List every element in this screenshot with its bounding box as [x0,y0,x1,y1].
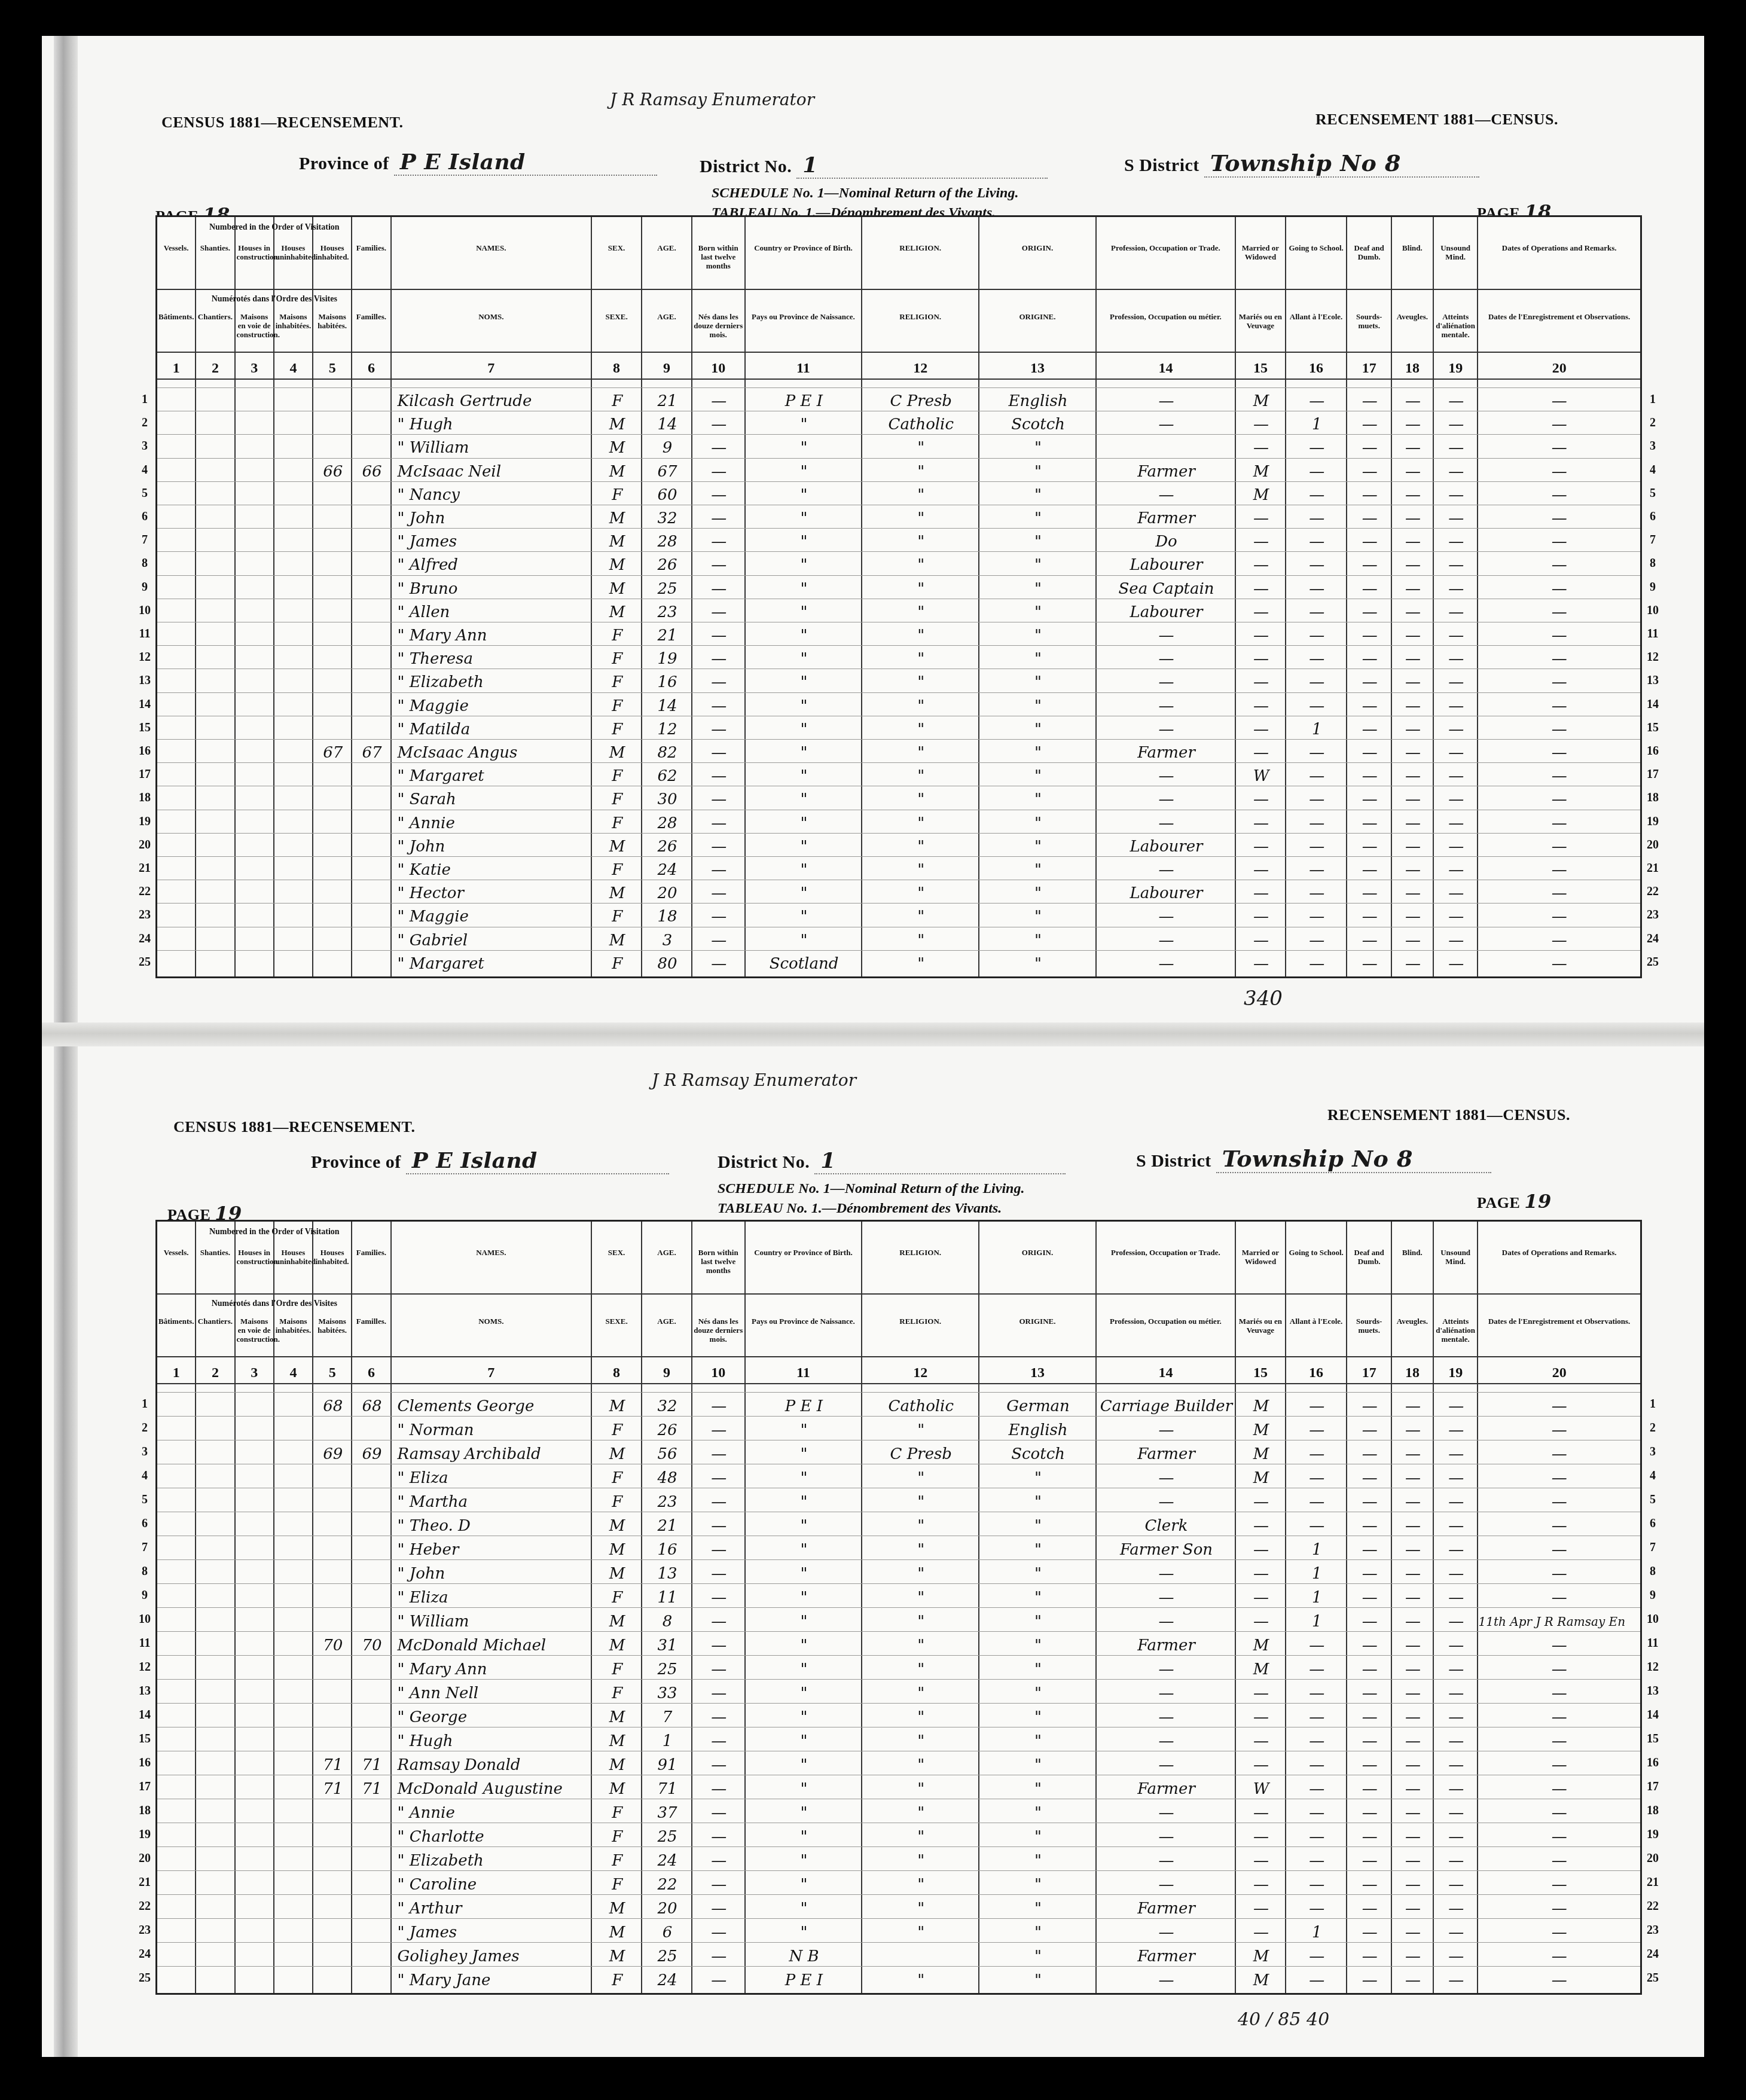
cell-birthplace: " [746,693,863,716]
cell-deaf-dumb: — [1348,622,1393,646]
cell-unsound-mind: — [1434,1847,1479,1871]
cell-age: 21 [642,1512,692,1536]
cell-blind: — [1392,669,1434,692]
cell-school: — [1286,834,1348,857]
cell-age: 28 [642,810,692,834]
subdistrict-field: S District Township No 8 [1124,149,1479,178]
header-rule [157,379,1640,380]
cell-name: " James [392,1919,599,1943]
cell-origin: Scotch [979,411,1097,435]
cell-blind: — [1392,1967,1434,1991]
cell-origin: English [979,1417,1097,1440]
cell-deaf-dumb: — [1348,1871,1393,1895]
cell-born-last-year: — [692,1847,746,1871]
cell-occupation: — [1097,1680,1236,1704]
cell-remarks: — [1479,1751,1640,1775]
cell-houses-inhabited [313,880,352,904]
cell-married: M [1236,459,1286,482]
cell-houses-inhabited [313,1680,352,1704]
cell-deaf-dumb: — [1348,927,1393,951]
header-en: Profession, Occupation or Trade. [1098,1249,1234,1257]
cell-religion: " [862,1751,979,1775]
cell-birthplace: " [746,1823,863,1847]
row-number-left: 23 [136,1924,154,1937]
cell-school: — [1286,1512,1348,1536]
row-number-left: 20 [136,1852,154,1866]
cell-religion: " [862,599,979,622]
cell-married: — [1236,857,1286,880]
column-number: 17 [1347,361,1391,377]
row-number-left: 7 [136,1541,154,1555]
header-en: Shanties. [197,1249,233,1257]
header-en: NAMES. [393,244,590,253]
cell-blind: — [1392,740,1434,763]
row-number-left: 14 [136,698,154,712]
cell-unsound-mind: — [1434,1417,1479,1440]
cell-born-last-year: — [692,1680,746,1704]
cell-deaf-dumb: — [1348,693,1393,716]
cell-name: " Sarah [392,786,599,810]
column-number: 9 [642,361,691,377]
cell-married: — [1236,1608,1286,1632]
cell-families [352,1417,391,1440]
row-number-left: 18 [136,791,154,805]
cell-blind: — [1392,693,1434,716]
cell-age: 16 [642,1536,692,1560]
cell-married: — [1236,927,1286,951]
cell-sex: M [592,459,642,482]
cell-school: — [1286,880,1348,904]
cell-birthplace: " [746,505,863,529]
column-number: 19 [1434,1365,1478,1381]
cell-married: — [1236,1536,1286,1560]
cell-unsound-mind: — [1434,1943,1479,1967]
title-right: RECENSEMENT 1881—CENSUS. [1327,1106,1570,1124]
cell-born-last-year: — [692,1895,746,1919]
cell-school: 1 [1286,1584,1348,1608]
header-fr: Maisons inhabitées. [276,1317,311,1335]
cell-blind: — [1392,435,1434,458]
cell-age: 12 [642,716,692,740]
table-row: 66" JohnM32—"""Farmer—————— [157,505,1640,529]
cell-born-last-year: — [692,1943,746,1967]
cell-age: 25 [642,576,692,599]
column-number: 1 [157,1365,195,1381]
cell-unsound-mind: — [1434,1584,1479,1608]
cell-name: " James [392,529,599,552]
cell-houses-inhabited [313,810,352,834]
header-en: RELIGION. [863,244,977,253]
table-row: 1515" HughM1—"""——————— [157,1727,1640,1751]
row-number-right: 21 [1644,862,1662,875]
column-number: 7 [392,361,591,377]
cell-families: 69 [352,1440,391,1464]
cell-sex: F [592,857,642,880]
table-row: 66" Theo. DM21—"""Clerk—————— [157,1512,1640,1536]
column-number: 20 [1478,361,1640,377]
cell-houses-inhabited [313,1417,352,1440]
cell-religion: " [862,1727,979,1751]
cell-name: " Hector [392,880,599,904]
cell-religion: C Presb [862,1440,979,1464]
subdistrict-value: Township No 8 [1216,1145,1491,1173]
cell-houses-inhabited [313,1727,352,1751]
header-rule [157,1383,1640,1384]
cell-deaf-dumb: — [1348,576,1393,599]
cell-married: — [1236,646,1286,669]
cell-unsound-mind: — [1434,1488,1479,1512]
cell-school: 1 [1286,716,1348,740]
cell-occupation: — [1097,693,1236,716]
cell-age: 1 [642,1727,692,1751]
cell-blind: — [1392,1919,1434,1943]
cell-houses-inhabited: 67 [313,740,352,763]
row-number-right: 2 [1644,416,1662,430]
cell-families [352,857,391,880]
cell-birthplace: " [746,1919,863,1943]
table-row: 44" ElizaF48—"""—M————— [157,1464,1640,1488]
cell-married: — [1236,1704,1286,1727]
cell-unsound-mind: — [1434,810,1479,834]
cell-occupation: — [1097,857,1236,880]
cell-families [352,669,391,692]
cell-sex: M [592,576,642,599]
row-number-left: 21 [136,1876,154,1890]
cell-houses-inhabited: 66 [313,459,352,482]
row-number-left: 5 [136,1493,154,1507]
column-number: 6 [352,1365,390,1381]
cell-school: — [1286,552,1348,575]
cell-school: 1 [1286,1919,1348,1943]
cell-origin: " [979,459,1097,482]
row-number-right: 21 [1644,1876,1662,1890]
cell-married: — [1236,529,1286,552]
cell-families [352,1656,391,1680]
cell-school: — [1286,1464,1348,1488]
cell-religion: " [862,951,979,974]
cell-remarks: — [1479,1847,1640,1871]
district-label: District No. [718,1152,810,1172]
group-header-fr: Numérotés dans l'Ordre des Visites [157,295,392,304]
cell-blind: — [1392,388,1434,411]
cell-birthplace: " [746,1847,863,1871]
cell-origin: " [979,646,1097,669]
cell-married: — [1236,435,1286,458]
cell-deaf-dumb: — [1348,1847,1393,1871]
cell-families [352,1560,391,1584]
row-number-right: 16 [1644,744,1662,758]
province-field: Province of P E Island [299,149,657,176]
cell-sex: F [592,669,642,692]
cell-occupation: Labourer [1097,834,1236,857]
cell-houses-inhabited [313,1871,352,1895]
cell-birthplace: " [746,810,863,834]
cell-sex: F [592,951,642,974]
cell-born-last-year: — [692,1799,746,1823]
cell-school: — [1286,1943,1348,1967]
cell-birthplace: " [746,1440,863,1464]
cell-houses-inhabited [313,1584,352,1608]
cell-name: Kilcash Gertrude [392,388,599,411]
cell-remarks: — [1479,576,1640,599]
cell-blind: — [1392,599,1434,622]
cell-age: 24 [642,1967,692,1991]
cell-birthplace: " [746,1799,863,1823]
cell-houses-inhabited [313,552,352,575]
cell-married: — [1236,1512,1286,1536]
cell-houses-inhabited [313,576,352,599]
cell-origin: " [979,904,1097,927]
table-row: 16166767McIsaac AngusM82—"""Farmer—————— [157,739,1640,763]
cell-birthplace: " [746,1512,863,1536]
cell-houses-inhabited [313,716,352,740]
cell-origin: " [979,810,1097,834]
cell-birthplace: " [746,1751,863,1775]
cell-school: — [1286,599,1348,622]
cell-born-last-year: — [692,1656,746,1680]
header-fr: NOMS. [393,1317,590,1326]
cell-remarks: — [1479,763,1640,786]
cell-born-last-year: — [692,763,746,786]
header-rule [157,352,1640,353]
cell-age: 11 [642,1584,692,1608]
cell-blind: — [1392,1895,1434,1919]
cell-school: — [1286,622,1348,646]
cell-unsound-mind: — [1434,1632,1479,1656]
row-number-right: 9 [1644,581,1662,594]
cell-birthplace: " [746,1488,863,1512]
cell-remarks: — [1479,1823,1640,1847]
header-en: Unsound Mind. [1435,1249,1476,1266]
header-en: RELIGION. [863,1249,977,1257]
header-fr: Atteints d'aliénation mentale. [1435,313,1476,340]
cell-deaf-dumb: — [1348,1775,1393,1799]
cell-name: Clements George [392,1393,599,1417]
header-en: Houses in construction. [237,1249,272,1266]
header-fr: Maisons en voie de construction. [237,313,272,340]
cell-sex: F [592,622,642,646]
cell-families [352,763,391,786]
cell-remarks: — [1479,1871,1640,1895]
cell-houses-inhabited [313,1895,352,1919]
table-row: 116868Clements GeorgeM32—P E ICatholicGe… [157,1392,1640,1417]
cell-deaf-dumb: — [1348,599,1393,622]
cell-houses-inhabited [313,646,352,669]
row-number-right: 12 [1644,1661,1662,1674]
cell-occupation: — [1097,1823,1236,1847]
cell-age: 3 [642,927,692,951]
cell-remarks: — [1479,857,1640,880]
row-number-right: 9 [1644,1589,1662,1603]
cell-school: — [1286,1488,1348,1512]
cell-name: " Katie [392,857,599,880]
row-number-right: 18 [1644,791,1662,805]
cell-birthplace: " [746,1871,863,1895]
cell-age: 13 [642,1560,692,1584]
cell-school: — [1286,1704,1348,1727]
cell-houses-inhabited [313,693,352,716]
cell-sex: M [592,1704,642,1727]
row-number-left: 1 [136,393,154,407]
cell-origin: " [979,1608,1097,1632]
table-row: 2121" KatieF24—"""——————— [157,856,1640,880]
cell-born-last-year: — [692,459,746,482]
row-number-right: 7 [1644,1541,1662,1555]
header-en: AGE. [643,1249,690,1257]
cell-origin: " [979,1560,1097,1584]
column-number: 5 [313,1365,351,1381]
province-value: P E Island [406,1148,669,1174]
cell-occupation: Sea Captain [1097,576,1236,599]
row-number-right: 25 [1644,1971,1662,1985]
cell-birthplace: " [746,1656,863,1680]
row-number-right: 15 [1644,721,1662,735]
cell-blind: — [1392,1440,1434,1464]
cell-families [352,904,391,927]
cell-age: 33 [642,1680,692,1704]
cell-sex: F [592,1488,642,1512]
cell-married: — [1236,1584,1286,1608]
cell-houses-inhabited [313,411,352,435]
cell-families: 67 [352,740,391,763]
row-number-right: 8 [1644,1565,1662,1579]
cell-origin: " [979,1704,1097,1727]
table-row: 1717" MargaretF62—"""—W————— [157,762,1640,786]
cell-remarks: — [1479,927,1640,951]
cell-occupation: — [1097,1584,1236,1608]
cell-deaf-dumb: — [1348,1417,1393,1440]
cell-origin: " [979,1512,1097,1536]
header-fr: Sourds-muets. [1348,1317,1390,1335]
row-number-left: 24 [136,932,154,946]
cell-unsound-mind: — [1434,834,1479,857]
row-number-right: 2 [1644,1421,1662,1435]
cell-born-last-year: — [692,435,746,458]
cell-origin: " [979,1727,1097,1751]
subdistrict-label: S District [1136,1151,1211,1171]
cell-houses-inhabited [313,1560,352,1584]
row-number-left: 7 [136,533,154,547]
cell-religion: " [862,646,979,669]
cell-blind: — [1392,1632,1434,1656]
cell-religion: " [862,1584,979,1608]
cell-deaf-dumb: — [1348,1608,1393,1632]
cell-unsound-mind: — [1434,529,1479,552]
cell-remarks: — [1479,1464,1640,1488]
cell-remarks: — [1479,622,1640,646]
cell-married: — [1236,740,1286,763]
cell-families [352,1895,391,1919]
cell-married: — [1236,669,1286,692]
cell-religion: " [862,904,979,927]
header-fr: Aveugles. [1393,1317,1431,1326]
cell-unsound-mind: — [1434,1799,1479,1823]
cell-name: " Elizabeth [392,1847,599,1871]
cell-married: — [1236,880,1286,904]
cell-name: McDonald Augustine [392,1775,599,1799]
cell-unsound-mind: — [1434,1440,1479,1464]
cell-unsound-mind: — [1434,1871,1479,1895]
column-number: 12 [862,1365,978,1381]
cell-name: " Alfred [392,552,599,575]
header-en: Families. [353,1249,389,1257]
cell-born-last-year: — [692,622,746,646]
row-number-left: 10 [136,1613,154,1626]
row-number-left: 21 [136,862,154,875]
cell-age: 14 [642,693,692,716]
cell-houses-inhabited [313,1847,352,1871]
cell-families [352,552,391,575]
row-number-right: 22 [1644,1900,1662,1913]
cell-deaf-dumb: — [1348,1393,1393,1417]
cell-deaf-dumb: — [1348,716,1393,740]
cell-birthplace: " [746,646,863,669]
cell-sex: F [592,716,642,740]
header-fr: Bâtiments. [158,1317,194,1326]
cell-families [352,1680,391,1704]
table-row: 2424" GabrielM3—"""——————— [157,927,1640,951]
cell-occupation: — [1097,1919,1236,1943]
cell-born-last-year: — [692,1727,746,1751]
column-number: 11 [746,1365,862,1381]
cell-born-last-year: — [692,1608,746,1632]
cell-houses-inhabited [313,951,352,974]
cell-birthplace: " [746,1560,863,1584]
row-number-left: 25 [136,1971,154,1985]
cell-blind: — [1392,1704,1434,1727]
cell-born-last-year: — [692,1536,746,1560]
cell-deaf-dumb: — [1348,646,1393,669]
row-number-left: 6 [136,1517,154,1531]
cell-birthplace: " [746,834,863,857]
cell-blind: — [1392,576,1434,599]
cell-occupation: — [1097,622,1236,646]
cell-sex: F [592,1656,642,1680]
row-number-left: 13 [136,1684,154,1698]
column-number: 14 [1097,1365,1235,1381]
cell-houses-inhabited [313,669,352,692]
row-number-left: 23 [136,908,154,922]
cell-blind: — [1392,716,1434,740]
census-page-18: J R Ramsay Enumerator CENSUS 1881—RECENS… [42,36,1704,1022]
cell-birthplace: " [746,880,863,904]
cell-houses-inhabited [313,482,352,505]
cell-blind: — [1392,880,1434,904]
cell-sex: F [592,1847,642,1871]
cell-occupation: Labourer [1097,880,1236,904]
row-number-left: 15 [136,1732,154,1746]
row-number-right: 23 [1644,1924,1662,1937]
cell-unsound-mind: — [1434,435,1479,458]
cell-born-last-year: — [692,482,746,505]
cell-born-last-year: — [692,693,746,716]
cell-sex: M [592,1440,642,1464]
cell-houses-inhabited [313,1943,352,1967]
cell-unsound-mind: — [1434,1895,1479,1919]
cell-birthplace: " [746,1680,863,1704]
table-row: 11Kilcash GertrudeF21—P E IC PresbEnglis… [157,387,1640,411]
cell-age: 31 [642,1632,692,1656]
cell-age: 19 [642,646,692,669]
cell-name: Golighey James [392,1943,599,1967]
cell-remarks: — [1479,1512,1640,1536]
cell-religion: " [862,1464,979,1488]
cell-remarks: — [1479,1799,1640,1823]
row-number-left: 13 [136,674,154,688]
cell-born-last-year: — [692,1919,746,1943]
cell-deaf-dumb: — [1348,411,1393,435]
cell-houses-inhabited [313,529,352,552]
